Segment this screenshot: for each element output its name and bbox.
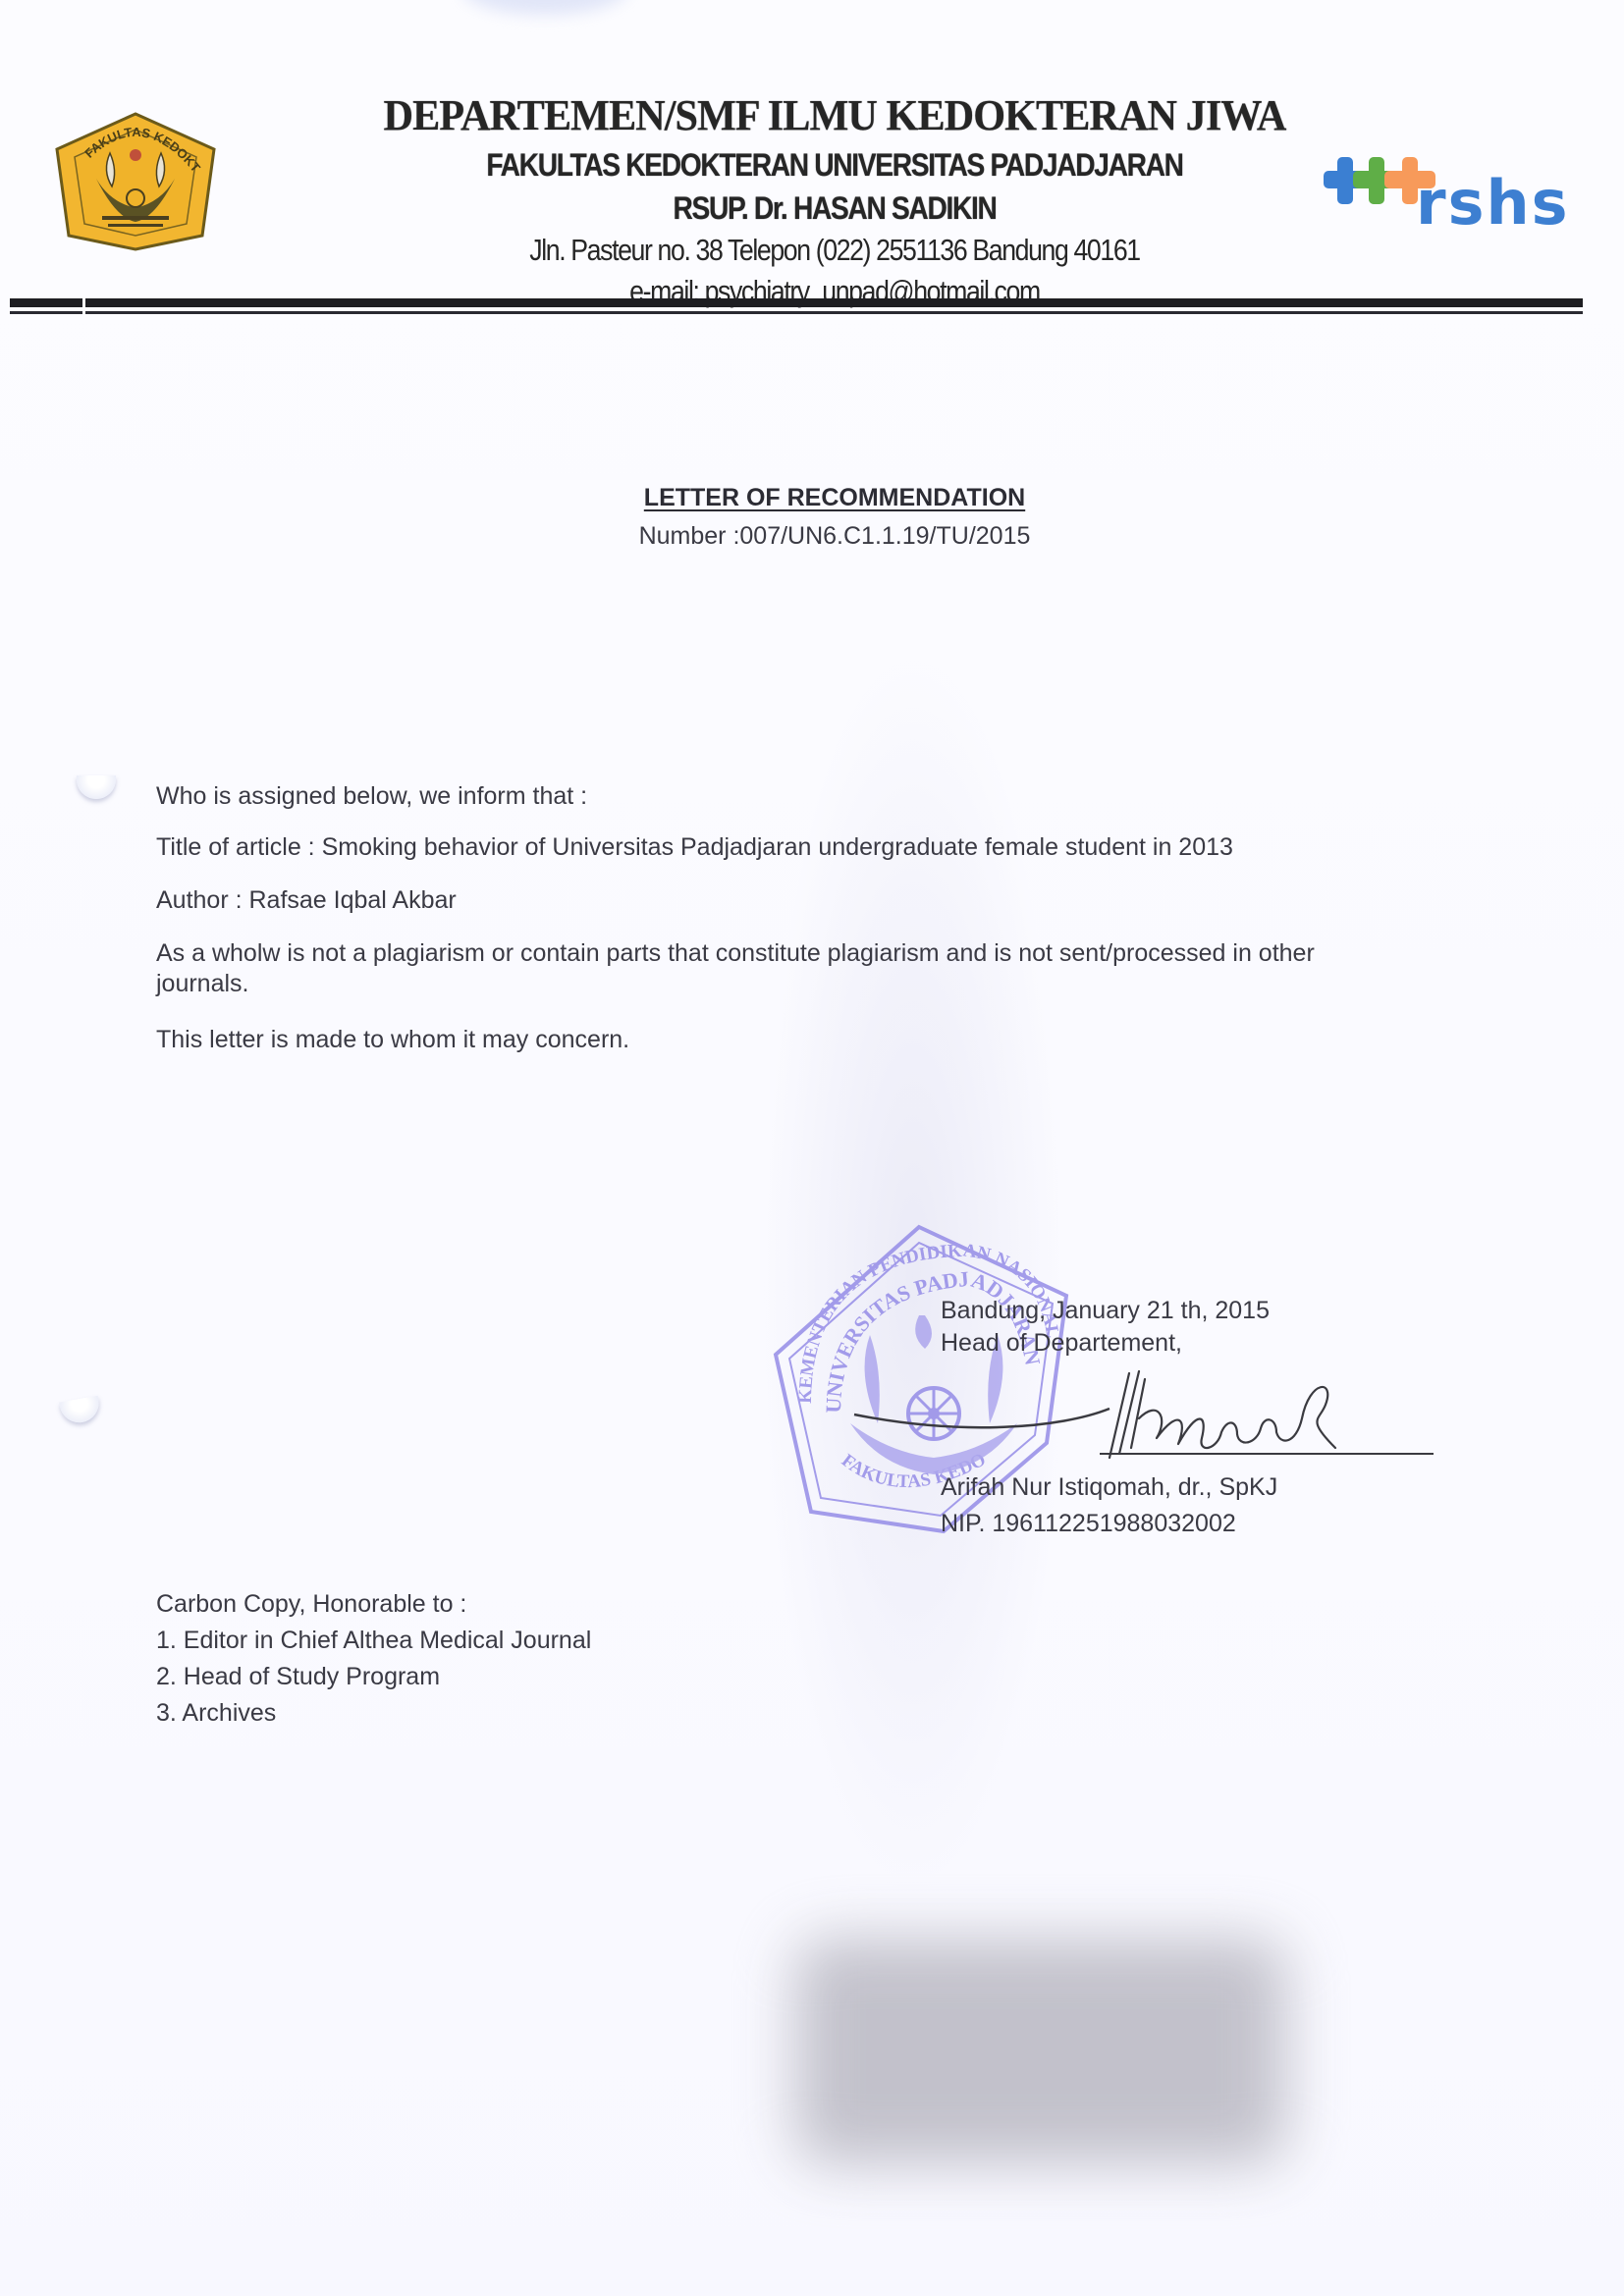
letterhead-rule (10, 298, 1583, 307)
carbon-copy-item: 3. Archives (156, 1695, 591, 1732)
handwritten-signature-icon (844, 1360, 1434, 1468)
punch-hole-icon (77, 775, 116, 799)
letterhead-rule-thin (10, 311, 1583, 314)
scan-smudge (461, 0, 628, 15)
place-date: Bandung, January 21 th, 2015 (941, 1294, 1270, 1328)
intro-line: Who is assigned below, we inform that : (156, 780, 1531, 813)
punch-hole-icon (59, 1396, 102, 1426)
unpad-emblem-icon: FAKULTAS KEDOKTERAN (51, 110, 220, 253)
carbon-copy: Carbon Copy, Honorable to : 1. Editor in… (156, 1586, 591, 1732)
article-title-line: Title of article : Smoking behavior of U… (156, 831, 1531, 864)
statement-paragraph: As a wholw is not a plagiarism or contai… (156, 937, 1531, 1000)
hospital-name: RSUP. Dr. HASAN SADIKIN (385, 187, 1283, 230)
signatory-name: Arifah Nur Istiqomah, dr., SpKJ (941, 1473, 1277, 1502)
redacted-blur-region (795, 1939, 1286, 2164)
department-name: DEPARTEMEN/SMF ILMU KEDOKTERAN JIWA (345, 90, 1325, 141)
closing-line: This letter is made to whom it may conce… (156, 1024, 1531, 1056)
carbon-copy-item: 1. Editor in Chief Althea Medical Journa… (156, 1623, 591, 1659)
carbon-copy-heading: Carbon Copy, Honorable to : (156, 1586, 591, 1623)
carbon-copy-item: 2. Head of Study Program (156, 1659, 591, 1695)
document-number: Number :007/UN6.C1.1.19/TU/2015 (0, 522, 1624, 551)
statement-line-2: journals. (156, 968, 1531, 1000)
document-title: LETTER OF RECOMMENDATION (0, 484, 1624, 512)
rshs-logo-text: rshs (1416, 167, 1570, 239)
faculty-name: FAKULTAS KEDOKTERAN UNIVERSITAS PADJADJA… (385, 143, 1283, 187)
signatory-role: Head of Departement, (941, 1329, 1182, 1358)
rule-break (82, 296, 85, 316)
author-line: Author : Rafsae Iqbal Akbar (156, 884, 1531, 917)
statement-line-1: As a wholw is not a plagiarism or contai… (156, 939, 1315, 967)
carbon-copy-list: 1. Editor in Chief Althea Medical Journa… (156, 1623, 591, 1732)
signatory-nip: NIP. 196112251988032002 (941, 1510, 1236, 1538)
letterhead-text: DEPARTEMEN/SMF ILMU KEDOKTERAN JIWA FAKU… (324, 90, 1345, 312)
address-phone: Jln. Pasteur no. 38 Telepon (022) 255113… (396, 230, 1273, 271)
